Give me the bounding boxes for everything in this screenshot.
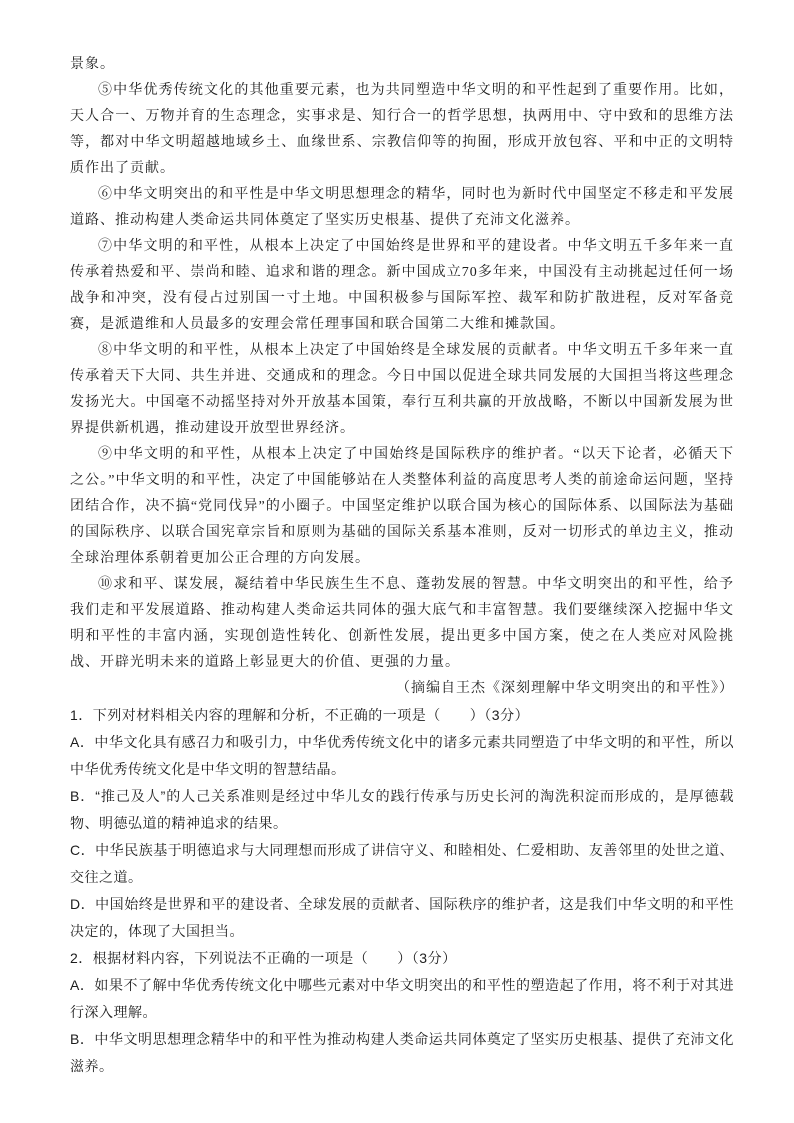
paragraph-text: 中华文明突出的和平性是中华文明思想理念的精华，同时也为新时代中国坚定不移走和平发… [70,187,734,228]
question-number: 2． [70,950,93,966]
question-1-option-d: D．中国始终是世界和平的建设者、全球发展的贡献者、国际秩序的维护者，这是我们中华… [70,891,734,945]
option-label: A． [70,734,94,750]
paragraph-marker: ⑩ [98,577,113,592]
paragraph-marker: ⑧ [98,343,113,358]
passage-attribution: （摘编自王杰《深刻理解中华文明突出的和平性》） [70,676,734,702]
question-stem-text: 下列对材料相关内容的理解和分析，不正确的一项是（ ）（3分） [93,707,529,723]
paragraph-text: 中华优秀传统文化的其他重要元素，也为共同塑造中华文明的和平性起到了重要作用。比如… [70,83,734,176]
question-stem-text: 根据材料内容，下列说法不正确的一项是（ ）（3分） [93,950,457,966]
option-text: 中国始终是世界和平的建设者、全球发展的贡献者、国际秩序的维护者，这是我们中华文明… [70,896,734,939]
passage-continuation-line: 景象。 [70,52,734,78]
option-label: D． [70,896,95,912]
paragraph-marker: ⑦ [98,239,113,254]
question-2-option-a: A．如果不了解中华优秀传统文化中哪些元素对中华文明突出的和平性的塑造起了作用，将… [70,972,734,1026]
passage-paragraph-10: ⑩求和平、谋发展，凝结着中华民族生生不息、蓬勃发展的智慧。中华文明突出的和平性，… [70,572,734,676]
paragraph-text: 中华文明的和平性，从根本上决定了中国始终是全球发展的贡献者。中华文明五千多年来一… [70,343,734,436]
question-1-option-a: A．中华文化具有感召力和吸引力，中华优秀传统文化中的诸多元素共同塑造了中华文明的… [70,729,734,783]
passage-paragraph-6: ⑥中华文明突出的和平性是中华文明思想理念的精华，同时也为新时代中国坚定不移走和平… [70,182,734,234]
exam-document-page: 景象。 ⑤中华优秀传统文化的其他重要元素，也为共同塑造中华文明的和平性起到了重要… [0,0,794,1123]
paragraph-text: 求和平、谋发展，凝结着中华民族生生不息、蓬勃发展的智慧。中华文明突出的和平性，给… [70,577,734,670]
option-label: B． [70,788,95,804]
option-text: 如果不了解中华优秀传统文化中哪些元素对中华文明突出的和平性的塑造起了作用，将不利… [70,977,734,1020]
option-text: 中华文化具有感召力和吸引力，中华优秀传统文化中的诸多元素共同塑造了中华文明的和平… [70,734,734,777]
option-text: 中华民族基于明德追求与大同理想而形成了讲信守义、和睦相处、仁爱相助、友善邻里的处… [70,842,734,885]
question-number: 1． [70,707,93,723]
paragraph-marker: ⑨ [98,447,113,462]
question-1-option-c: C．中华民族基于明德追求与大同理想而形成了讲信守义、和睦相处、仁爱相助、友善邻里… [70,837,734,891]
reading-passage: 景象。 ⑤中华优秀传统文化的其他重要元素，也为共同塑造中华文明的和平性起到了重要… [70,52,734,702]
passage-paragraph-7: ⑦中华文明的和平性，从根本上决定了中国始终是世界和平的建设者。中华文明五千多年来… [70,234,734,338]
questions-section: 1．下列对材料相关内容的理解和分析，不正确的一项是（ ）（3分） A．中华文化具… [70,702,734,1080]
option-text: 中华文明思想理念精华中的和平性为推动构建人类命运共同体奠定了坚实历史根基、提供了… [70,1031,734,1074]
passage-paragraph-9: ⑨中华文明的和平性，从根本上决定了中国始终是国际秩序的维护者。“以天下论者，必循… [70,442,734,572]
option-label: A． [70,977,94,993]
paragraph-marker: ⑤ [98,83,113,98]
option-label: B． [70,1031,94,1047]
question-1-stem: 1．下列对材料相关内容的理解和分析，不正确的一项是（ ）（3分） [70,702,734,729]
paragraph-marker: ⑥ [98,187,113,202]
passage-paragraph-5: ⑤中华优秀传统文化的其他重要元素，也为共同塑造中华文明的和平性起到了重要作用。比… [70,78,734,182]
paragraph-text: 中华文明的和平性，从根本上决定了中国始终是世界和平的建设者。中华文明五千多年来一… [70,239,734,332]
question-1-option-b: B．“推己及人”的人己关系准则是经过中华儿女的践行传承与历史长河的淘洗积淀而形成… [70,783,734,837]
question-2-option-b: B．中华文明思想理念精华中的和平性为推动构建人类命运共同体奠定了坚实历史根基、提… [70,1026,734,1080]
option-text: “推己及人”的人己关系准则是经过中华儿女的践行传承与历史长河的淘洗积淀而形成的，… [70,788,734,831]
passage-paragraph-8: ⑧中华文明的和平性，从根本上决定了中国始终是全球发展的贡献者。中华文明五千多年来… [70,338,734,442]
question-2-stem: 2．根据材料内容，下列说法不正确的一项是（ ）（3分） [70,945,734,972]
option-label: C． [70,842,95,858]
paragraph-text: 中华文明的和平性，从根本上决定了中国始终是国际秩序的维护者。“以天下论者，必循天… [70,447,734,566]
